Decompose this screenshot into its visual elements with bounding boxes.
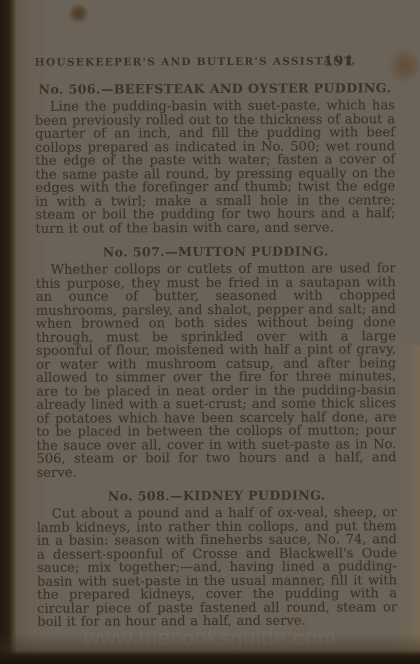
running-head-title: HOUSEKEEPER'S AND BUTLER'S ASSISTANT. bbox=[35, 55, 357, 68]
page-number: 191 bbox=[324, 53, 355, 69]
section-heading-508: No. 508.—KIDNEY PUDDING. bbox=[37, 487, 397, 504]
ink-stain-right-margin bbox=[391, 50, 418, 82]
book-gutter-shadow bbox=[0, 0, 48, 664]
page-content: HOUSEKEEPER'S AND BUTLER'S ASSISTANT. 19… bbox=[35, 55, 397, 629]
section-heading-507: No. 507.—MUTTON PUDDING. bbox=[36, 243, 396, 260]
page-edge-shadow bbox=[396, 345, 420, 664]
scanned-book-page: HOUSEKEEPER'S AND BUTLER'S ASSISTANT. 19… bbox=[0, 0, 420, 664]
section-body-507: Whether collops or cutlets of mutton are… bbox=[36, 262, 397, 480]
section-body-506: Line the pudding-basin with suet-paste, … bbox=[35, 99, 396, 236]
recipe-section-508: No. 508.—KIDNEY PUDDING. Cut about a pou… bbox=[37, 487, 398, 629]
bottom-edge-shadow bbox=[0, 634, 420, 664]
running-head: HOUSEKEEPER'S AND BUTLER'S ASSISTANT. 19… bbox=[35, 55, 395, 69]
recipe-section-506: No. 506.—BEEFSTEAK AND OYSTER PUDDING. L… bbox=[35, 80, 396, 236]
section-body-508: Cut about a pound and a half of ox-veal,… bbox=[37, 506, 398, 629]
recipe-section-507: No. 507.—MUTTON PUDDING. Whether collops… bbox=[36, 243, 397, 480]
section-heading-506: No. 506.—BEEFSTEAK AND OYSTER PUDDING. bbox=[35, 80, 395, 97]
ink-stain-top bbox=[69, 5, 88, 22]
